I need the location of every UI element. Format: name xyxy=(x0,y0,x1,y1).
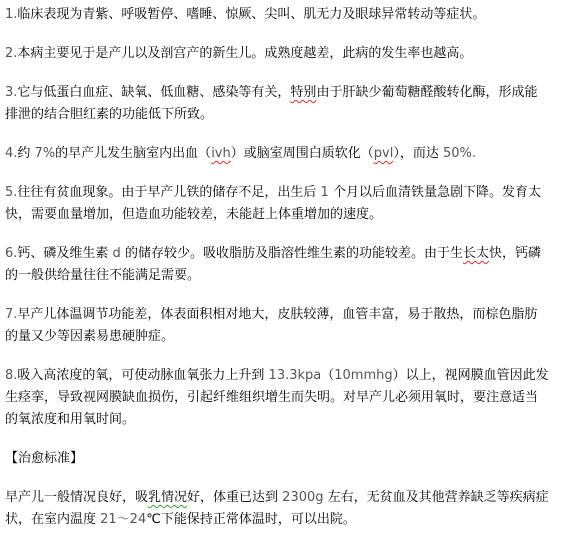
paragraph-item-7: 7.早产儿体温调节功能差，体表面积相对地大，皮肤较薄，血管丰富，易于散热，而棕色… xyxy=(5,304,549,348)
body-text: （ xyxy=(321,368,334,383)
body-text: ℃下能保持正常体温时，可以出院。 xyxy=(146,512,356,527)
paragraph-item-6: 6.钙、磷及维生素 d 的储存较少。吸收脂肪及脂溶性维生素的功能较差。由于生长太… xyxy=(5,243,549,287)
paragraph-item-1: 1.临床表现为青紫、呼吸暂停、嗜睡、惊厥、尖叫、肌无力及眼球异常转动等症状。 xyxy=(5,4,549,26)
spellcheck-flagged-text: 特别 xyxy=(290,85,316,100)
paragraph-item-2: 2.本病主要见于是产儿以及剖宫产的新生儿。成熟度越差，此病的发生率也越高。 xyxy=(5,43,549,65)
spellcheck-flagged-text: pvl xyxy=(374,146,394,161)
body-text: 好，体重已达到 xyxy=(187,490,282,505)
numeric-text: 7. xyxy=(5,307,17,322)
numeric-text: 10mmhg xyxy=(334,368,392,383)
body-text: ）或脑室周围白质软化（ xyxy=(231,146,374,161)
body-text: 吸入高浓度的氧，可使动脉血氧张力上升到 xyxy=(17,368,268,383)
numeric-text: 6. xyxy=(5,246,17,261)
numeric-text: 4. xyxy=(5,146,17,161)
document-body: 1.临床表现为青紫、呼吸暂停、嗜睡、惊厥、尖叫、肌无力及眼球异常转动等症状。2.… xyxy=(0,0,557,531)
numeric-text: 21～24 xyxy=(100,512,146,527)
numeric-text: 7% xyxy=(35,146,56,161)
section-heading-cure-criteria-heading: 【治愈标准】 xyxy=(5,448,549,470)
body-text: 本病主要见于是产儿以及剖宫产的新生儿。成熟度越差，此病的发生率也越高。 xyxy=(17,46,472,61)
spellcheck-flagged-text: 长太 xyxy=(463,246,489,261)
paragraph-item-3: 3.它与低蛋白血症、缺氧、低血糖、感染等有关，特别由于肝缺少葡萄糖醛酸转化酶，形… xyxy=(5,82,549,126)
paragraph-item-5: 5.往往有贫血现象。由于早产儿铁的储存不足，出生后 1 个月以后血清铁量急剧下降… xyxy=(5,182,549,226)
grammar-flagged-text: 乳情况 xyxy=(148,490,187,505)
body-text: 的早产儿发生脑室内出血（ xyxy=(55,146,211,161)
body-text: 临床表现为青紫、呼吸暂停、嗜睡、惊厥、尖叫、肌无力及眼球异常转动等症状。 xyxy=(17,7,485,22)
numeric-text: 2. xyxy=(5,46,17,61)
body-text: 约 xyxy=(17,146,34,161)
body-text: 早产儿体温调节功能差，体表面积相对地大，皮肤较薄，血管丰富，易于散热，而棕色脂肪… xyxy=(5,307,537,344)
body-text: 钙、磷及维生素 xyxy=(17,246,112,261)
numeric-text: 2300g xyxy=(282,490,323,505)
body-text: 往往有贫血现象。由于早产儿铁的储存不足，出生后 xyxy=(17,185,320,200)
numeric-text: 13.3kpa xyxy=(269,368,322,383)
body-text: 的储存较少。吸收脂肪及脂溶性维生素的功能较差。由于生 xyxy=(121,246,463,261)
numeric-text: 1. xyxy=(5,7,17,22)
body-text: ），而达 xyxy=(393,146,443,161)
numeric-text: 8. xyxy=(5,368,17,383)
body-text: 它与低蛋白血症、缺氧、低血糖、感染等有关， xyxy=(17,85,290,100)
body-text: 【治愈标准】 xyxy=(5,451,83,466)
paragraph-item-8: 8.吸入高浓度的氧，可使动脉血氧张力上升到 13.3kpa（10mmhg）以上，… xyxy=(5,365,549,431)
paragraph-discharge-criteria: 早产儿一般情况良好，吸乳情况好，体重已达到 2300g 左右，无贫血及其他营养缺… xyxy=(5,487,549,531)
numeric-text: 50%. xyxy=(443,146,476,161)
paragraph-item-4: 4.约 7%的早产儿发生脑室内出血（ivh）或脑室周围白质软化（pvl），而达 … xyxy=(5,143,549,165)
numeric-text: 1 xyxy=(321,185,329,200)
numeric-text: 3. xyxy=(5,85,17,100)
spellcheck-flagged-text: ivh xyxy=(211,146,231,161)
body-text: 早产儿一般情况良好，吸 xyxy=(5,490,148,505)
numeric-text: 5. xyxy=(5,185,17,200)
numeric-text: d xyxy=(113,246,121,261)
